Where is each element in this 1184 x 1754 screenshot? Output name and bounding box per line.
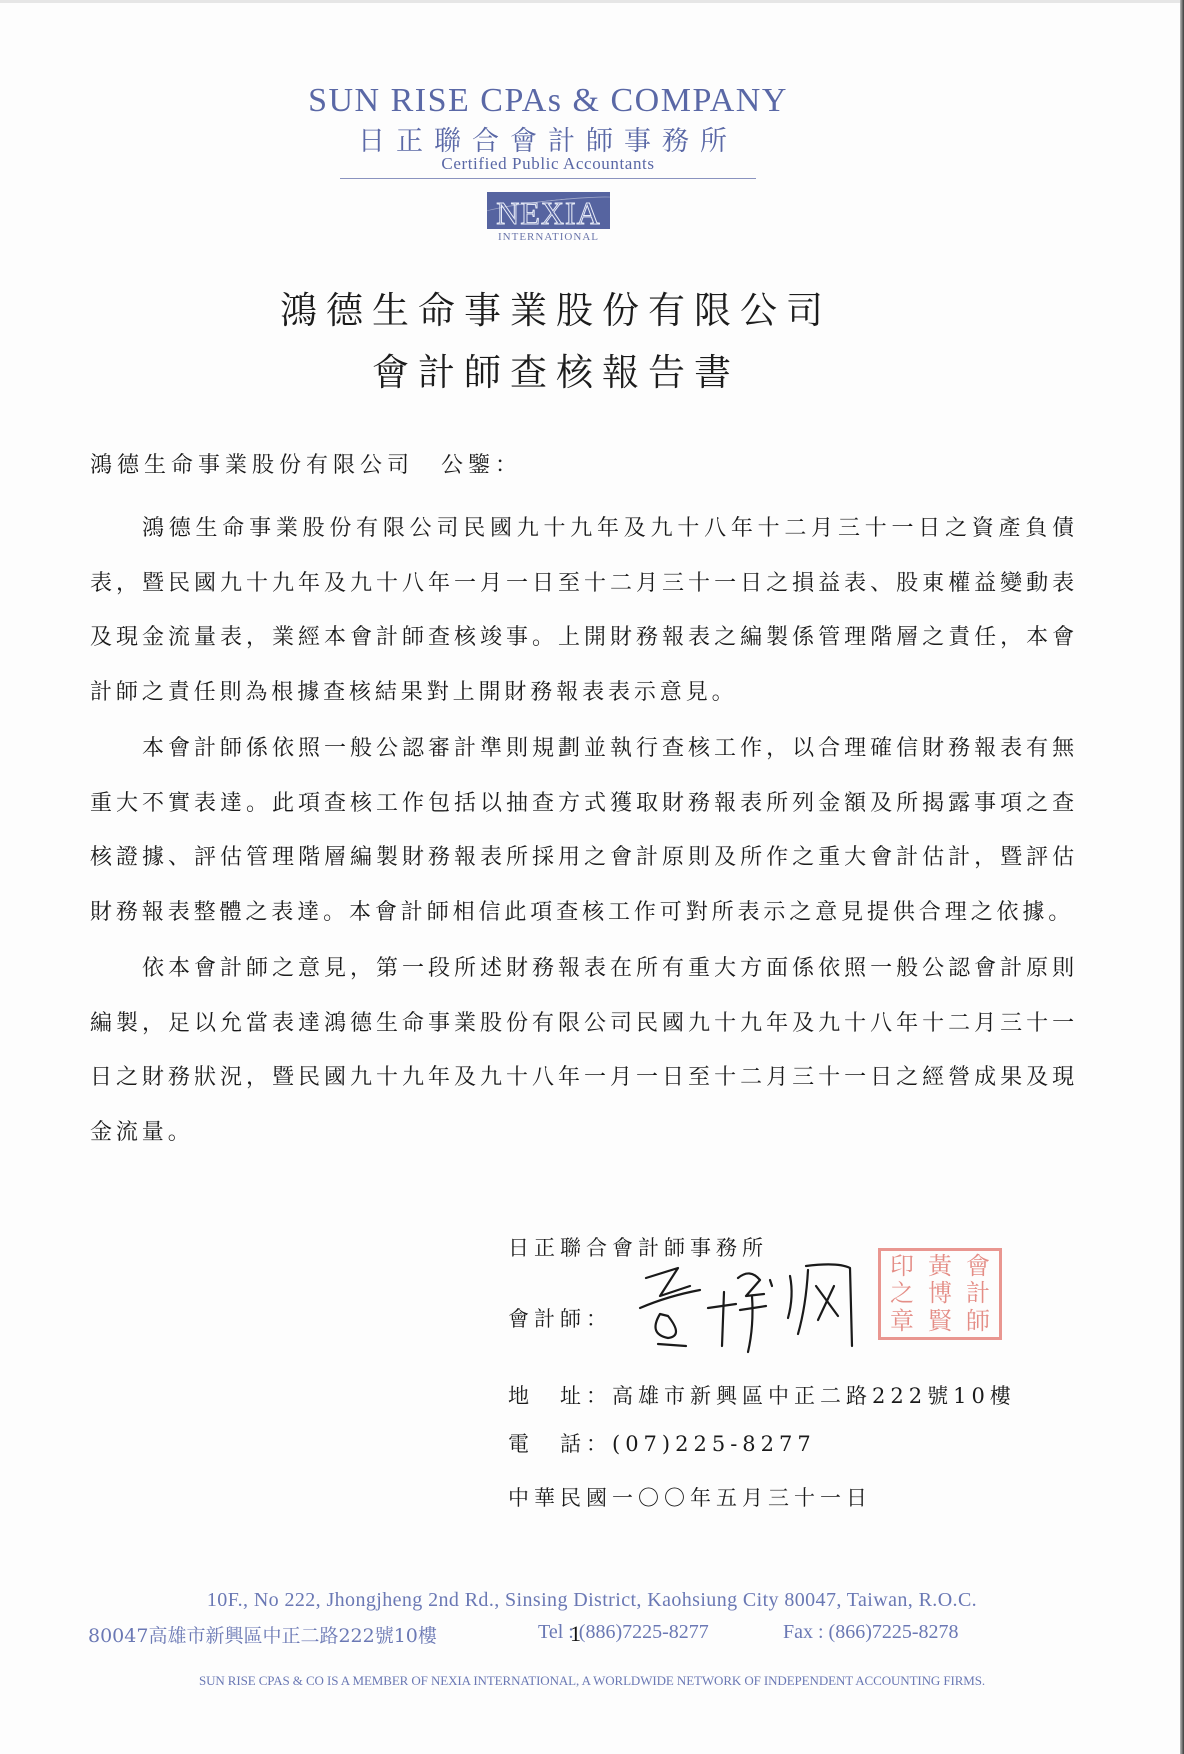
firm-name-zh: 日正聯合會計師事務所: [0, 119, 1096, 158]
firm-address: 地 址：高雄市新興區中正二路222號10樓: [508, 1380, 1016, 1410]
phone-value: (07)225-8277: [612, 1432, 816, 1456]
company-title: 鴻德生命事業股份有限公司: [8, 280, 1104, 334]
page-number: 1: [570, 1621, 581, 1647]
address-value: 高雄市新興區中正二路222號10樓: [612, 1384, 1016, 1408]
official-seal-stamp: 印 黃 會 之 博 計 章 賢 師: [878, 1248, 1002, 1340]
footer-fax: Fax : (866)7225-8278: [783, 1621, 959, 1644]
phone-label: 電 話：: [508, 1432, 612, 1456]
nexia-logo-text: NEXIA: [487, 196, 610, 229]
footer-address-zh: 80047高雄市新興區中正二路222號10樓: [88, 1621, 437, 1648]
paragraph-opinion: 依本會計師之意見，第一段所述財務報表在所有重大方面係依照一般公認會計原則編製，足…: [90, 942, 1078, 1160]
report-body: 鴻德生命事業股份有限公司民國九十九年及九十八年十二月三十一日之資產負債表，暨民國…: [90, 502, 1078, 1162]
scan-border-top: [0, 0, 1184, 3]
footer-tel: Tel : (886)7225-8277: [538, 1621, 709, 1644]
cpa-label: 會計師：: [508, 1303, 612, 1333]
paragraph-scope: 鴻德生命事業股份有限公司民國九十九年及九十八年十二月三十一日之資產負債表，暨民國…: [90, 502, 1078, 720]
firm-subtitle: Certified Public Accountants: [0, 154, 1096, 174]
handwritten-signature-icon: [638, 1256, 878, 1356]
nexia-logo: NEXIA: [487, 192, 610, 229]
report-date: 中華民國一〇〇年五月三十一日: [508, 1482, 872, 1512]
footer-member-note: SUN RISE CPAS & CO IS A MEMBER OF NEXIA …: [0, 1673, 1184, 1689]
paragraph-basis: 本會計師係依照一般公認審計準則規劃並執行查核工作，以合理確信財務報表有無重大不實…: [90, 722, 1078, 940]
salutation: 鴻德生命事業股份有限公司 公鑒：: [90, 448, 522, 479]
scan-border-right: [1180, 0, 1184, 1754]
firm-name-en: SUN RISE CPAs & COMPANY: [0, 82, 1096, 120]
letterhead-divider: [340, 178, 756, 179]
footer-address-en: 10F., No 222, Jhongjheng 2nd Rd., Sinsin…: [0, 1589, 1184, 1612]
report-title: 會計師查核報告書: [8, 342, 1104, 396]
address-label: 地 址：: [508, 1384, 612, 1408]
nexia-logo-subtext: INTERNATIONAL: [487, 231, 610, 243]
firm-phone: 電 話：(07)225-8277: [508, 1428, 816, 1458]
